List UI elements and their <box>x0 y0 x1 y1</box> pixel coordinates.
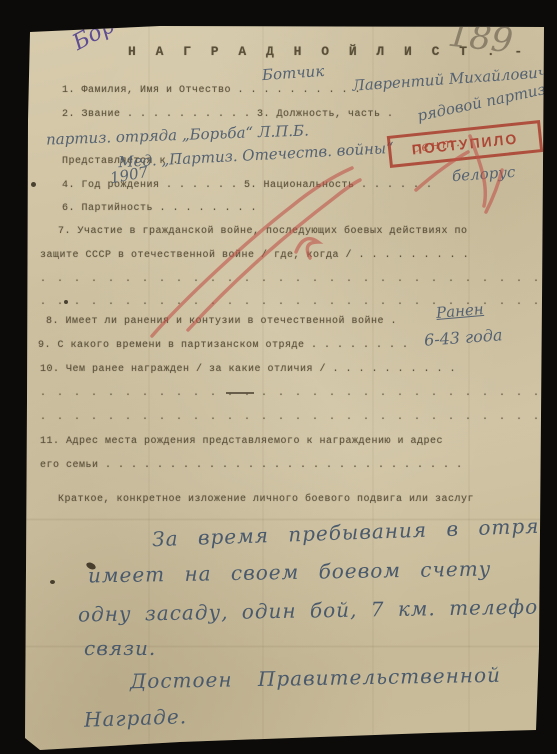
summary-label: Краткое, конкретное изложение личного бо… <box>58 494 474 505</box>
citation-line-4: связи. <box>84 636 156 660</box>
field-2-label: 2. Звание . . . . . . . . . . 3. Должнос… <box>62 109 394 120</box>
field-7-label-line1: 7. Участие в гражданской войне, последую… <box>58 226 468 237</box>
field-8-value-handwriting: Ранен <box>435 300 484 322</box>
field-10-label: 10. Чем ранее награжден / за какие отлич… <box>40 364 456 375</box>
paper-sheet: Бор 189 Н А Г Р А Д Н О Й Л И С Т . - 1.… <box>0 0 557 754</box>
field-9-label: 9. С какого времени в партизанском отряд… <box>38 340 409 351</box>
field-9-value-handwriting: 6-43 года <box>423 325 503 349</box>
scanned-award-sheet: Бор 189 Н А Г Р А Д Н О Й Л И С Т . - 1.… <box>0 0 557 754</box>
field-7-label-line2: защите СССР в отечественной войне / где,… <box>40 250 469 261</box>
field-6-label: 6. Партийность . . . . . . . . <box>62 203 257 214</box>
field-11-label-line1: 11. Адрес места рождения представляемого… <box>40 436 443 447</box>
dotted-line: . . . . . . . . . . . . . . . . . . . . … <box>40 412 557 423</box>
field-11-label-line2: его семьи . . . . . . . . . . . . . . . … <box>40 460 463 471</box>
field-8-label: 8. Имеет ли ранения и контузии в отечест… <box>46 316 397 327</box>
postupilo-stamp: ПОСТУПИЛО <box>387 120 544 168</box>
field-1-surname-handwriting: Ботчик <box>261 62 324 84</box>
dotted-line: . . . . . . . . . . . . . . . . . . . . … <box>40 274 557 285</box>
citation-line-5: Достоен Правительственной <box>130 663 501 693</box>
corner-note-handwriting: Бор <box>69 13 119 55</box>
citation-line-6: Награде. <box>84 704 188 732</box>
field-5-value-handwriting: белорус <box>451 163 515 185</box>
paper-tear-mark <box>50 580 55 584</box>
dotted-line: . . . . . . . . . . . . . . . . . . . . … <box>40 388 557 399</box>
document-title: Н А Г Р А Д Н О Й Л И С Т . - <box>128 44 528 59</box>
paper-tear-mark <box>31 182 36 187</box>
field-1-label: 1. Фамилия, Имя и Отчество . . . . . . .… <box>62 85 361 96</box>
